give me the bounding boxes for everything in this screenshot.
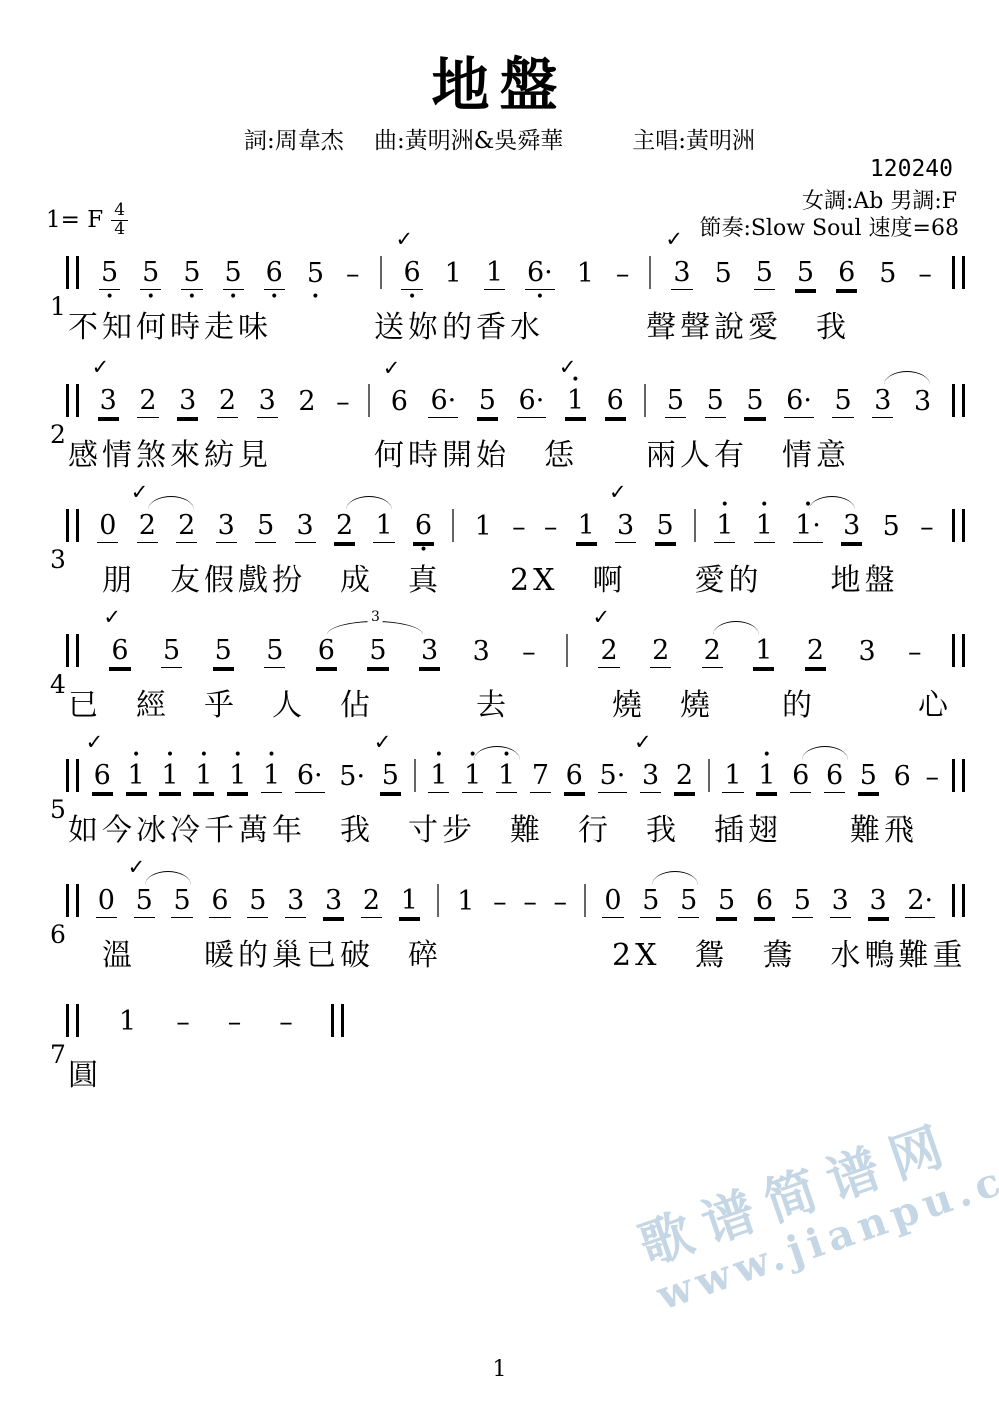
- notes-row: ✓6•1•1•1•1•16·5·✓5•1•1•1765·✓321•16656–: [66, 759, 965, 793]
- note-digit: 1: [714, 510, 735, 543]
- duration-dash: –: [544, 512, 558, 543]
- duration-dash: –: [512, 512, 526, 543]
- note-digit: 6: [413, 510, 434, 543]
- note-digit: 6: [389, 386, 410, 418]
- note: ✓3: [640, 760, 661, 793]
- octave-dot-below: •: [311, 290, 319, 304]
- barline: [380, 256, 382, 289]
- note: •1·: [793, 510, 823, 543]
- credits-line: 詞:周韋杰 曲:黃明洲&吳舜華 主唱:黃明洲: [0, 122, 999, 155]
- note-digit: 2: [176, 510, 197, 543]
- note: 3: [856, 636, 877, 668]
- octave-dot-above: •: [267, 748, 275, 762]
- note: 3: [830, 885, 851, 918]
- note-digit: 3: [471, 636, 492, 668]
- note: 5: [678, 885, 699, 918]
- octave-dot-below: •: [188, 290, 196, 304]
- octave-dot-below: •: [270, 290, 278, 304]
- note: •1: [126, 760, 147, 793]
- time-signature: 4 4: [111, 202, 128, 239]
- note: 6·: [295, 760, 325, 793]
- note: 5•: [181, 257, 202, 290]
- note-digit: 3: [841, 510, 862, 543]
- note: •1: [756, 760, 777, 793]
- note-digit: 1: [473, 511, 494, 543]
- note: •1: [227, 760, 248, 793]
- time-signature-denominator: 4: [114, 221, 125, 239]
- barline: [584, 884, 586, 917]
- key-signature: 1= F 4 4: [46, 202, 128, 239]
- note-digit: 3: [98, 385, 119, 418]
- note-digit: 2: [217, 385, 238, 418]
- line-number: 1: [50, 292, 66, 321]
- key-signature-text: 1= F: [46, 207, 103, 233]
- note-digit: 0: [96, 885, 117, 918]
- note: 1: [443, 258, 464, 290]
- notes-row: ✓655536533–✓222123–: [66, 634, 965, 668]
- note: 3: [177, 385, 198, 418]
- octave-dot-above: •: [760, 498, 768, 512]
- note: 5: [213, 635, 234, 668]
- note-digit: 3: [830, 885, 851, 918]
- note: 3: [295, 510, 316, 543]
- note-digit: 5: [754, 257, 775, 290]
- octave-dot-above: •: [502, 748, 510, 762]
- double-barline: [952, 509, 965, 542]
- note: 0: [97, 510, 118, 543]
- note-digit: 1: [753, 635, 774, 668]
- barline: [437, 884, 439, 917]
- note: 5: [795, 257, 816, 290]
- octave-dot-below: •: [229, 290, 237, 304]
- line-number: 5: [50, 795, 66, 824]
- note: 5•: [305, 258, 326, 290]
- note-digit: 5: [792, 885, 813, 918]
- duration-dash: –: [228, 1007, 242, 1038]
- note-digit: 2: [650, 635, 671, 668]
- notes-row: ✓323232–✓66·56·✓•165556·533: [66, 384, 965, 418]
- octave-dot-above: •: [435, 748, 443, 762]
- note: 2·: [905, 885, 935, 918]
- note: 1: [373, 510, 394, 543]
- note: ✓3: [615, 510, 636, 543]
- note: ✓6: [92, 760, 113, 793]
- note: 5: [655, 510, 676, 543]
- note-digit: 5: [877, 258, 898, 290]
- lyrics-row: 圓: [68, 1050, 965, 1094]
- note: 5: [247, 885, 268, 918]
- note-digit: 1: [484, 257, 505, 290]
- music-line: 15•5•5•5•6•5•–✓6•116·•1–✓355565–不知何時走味 送…: [52, 256, 965, 376]
- note-digit: 3: [615, 510, 636, 543]
- note: 1: [576, 510, 597, 543]
- note: 6•: [413, 510, 434, 543]
- note: 3: [216, 510, 237, 543]
- note: 6: [836, 257, 857, 290]
- note-digit: 1: [443, 258, 464, 290]
- note-digit: 5·: [598, 760, 628, 793]
- note-digit: 6: [209, 885, 230, 918]
- note-digit: 1: [575, 258, 596, 290]
- note-digit: 5: [134, 885, 155, 918]
- note: 1: [117, 1006, 138, 1038]
- line-number: 4: [50, 670, 66, 699]
- note-digit: 3: [257, 385, 278, 418]
- note-digit: 5: [140, 257, 161, 290]
- note-digit: 6: [401, 257, 422, 290]
- octave-dot-above: •: [234, 748, 242, 762]
- double-barline: [952, 759, 965, 792]
- checkmark-icon: ✓: [634, 730, 652, 754]
- note-digit: 6: [790, 760, 811, 793]
- checkmark-icon: ✓: [86, 730, 104, 754]
- note: 5•: [140, 257, 161, 290]
- note-digit: 3: [177, 385, 198, 418]
- note: 3: [912, 386, 933, 418]
- note: 5: [367, 635, 388, 668]
- note: 3: [471, 636, 492, 668]
- duration-dash: –: [279, 1007, 293, 1038]
- barline: [368, 384, 370, 417]
- lyrics-row: 感情煞來紡見 何時開始 恁 兩人有 情意: [68, 430, 965, 474]
- duration-dash: –: [908, 637, 922, 668]
- note-digit: 1: [455, 886, 476, 918]
- note-digit: 3: [216, 510, 237, 543]
- note-digit: 2: [137, 510, 158, 543]
- note-digit: 3: [912, 386, 933, 418]
- duration-dash: –: [176, 1007, 190, 1038]
- note: •1: [428, 760, 449, 793]
- note: 6: [824, 760, 845, 793]
- checkmark-icon: ✓: [383, 356, 401, 380]
- double-barline: [952, 634, 965, 667]
- barline: [414, 759, 416, 792]
- note: 6: [790, 760, 811, 793]
- duration-dash: –: [554, 887, 568, 918]
- note: •1: [754, 510, 775, 543]
- note: 7: [530, 760, 551, 793]
- note: 3: [323, 885, 344, 918]
- song-title: 地盤: [0, 38, 999, 122]
- note-digit: 1: [373, 510, 394, 543]
- note: 1: [722, 760, 743, 793]
- note-digit: 5: [264, 635, 285, 668]
- note: ✓3: [671, 257, 692, 290]
- music-line: 71–––圓: [52, 1004, 965, 1124]
- note: •1: [714, 510, 735, 543]
- note-digit: 3: [671, 257, 692, 290]
- watermark-site-url: www.jianpu.cn: [651, 1145, 999, 1320]
- music-line: 30✓22353216•1––1✓35•1•1•1·35– 朋 友假戲扮 成 真…: [52, 509, 965, 629]
- checkmark-icon: ✓: [374, 730, 392, 754]
- note-digit: 6: [264, 257, 285, 290]
- note: 5: [877, 258, 898, 290]
- note-digit: 6·: [428, 385, 458, 418]
- lyrics-row: 已 經 乎 人 佔 去 燒 燒 的 心: [68, 680, 965, 724]
- note: 2: [650, 635, 671, 668]
- barline: [649, 256, 651, 289]
- note-digit: 2: [598, 635, 619, 668]
- barline: [452, 509, 454, 542]
- line-number: 6: [50, 920, 66, 949]
- note: 1: [753, 635, 774, 668]
- barline: [694, 509, 696, 542]
- note-digit: 6: [836, 257, 857, 290]
- octave-dot-above: •: [166, 748, 174, 762]
- note: ✓2: [598, 635, 619, 668]
- checkmark-icon: ✓: [609, 480, 627, 504]
- note: 5: [744, 385, 765, 418]
- notes-row: 1–––: [66, 1004, 965, 1038]
- note-digit: 2: [137, 385, 158, 418]
- note: 6: [892, 761, 913, 793]
- note-digit: 5: [678, 885, 699, 918]
- note-digit: 1: [462, 760, 483, 793]
- note: 5: [881, 511, 902, 543]
- octave-dot-below: •: [147, 290, 155, 304]
- note: 5•: [223, 257, 244, 290]
- note-digit: 5: [881, 511, 902, 543]
- note: •1: [496, 760, 517, 793]
- lyrics-row: 不知何時走味 送妳的香水 聲聲說愛 我: [68, 302, 965, 346]
- note-digit: 6: [92, 760, 113, 793]
- note-digit: 6: [605, 385, 626, 418]
- note-digit: 6: [824, 760, 845, 793]
- line-number: 2: [50, 420, 66, 449]
- octave-dot-above: •: [763, 748, 771, 762]
- note: ✓2: [137, 510, 158, 543]
- note-digit: 2: [805, 635, 826, 668]
- note-digit: 3: [868, 885, 889, 918]
- note: •1: [261, 760, 282, 793]
- note-digit: 5: [247, 885, 268, 918]
- note-digit: 1: [193, 760, 214, 793]
- note: 0: [602, 885, 623, 918]
- note-digit: 3: [295, 510, 316, 543]
- note-digit: 0: [602, 885, 623, 918]
- double-barline: [66, 884, 79, 917]
- duration-dash: –: [616, 259, 630, 290]
- note-digit: 5: [477, 385, 498, 418]
- note: •1: [159, 760, 180, 793]
- octave-dot-above: •: [469, 748, 477, 762]
- note: 1: [575, 258, 596, 290]
- note-digit: 6·: [525, 257, 555, 290]
- checkmark-icon: ✓: [592, 605, 610, 629]
- note: 6•: [264, 257, 285, 290]
- duration-dash: –: [346, 259, 360, 290]
- note: ✓3: [98, 385, 119, 418]
- duration-dash: –: [523, 887, 537, 918]
- note-digit: 5: [795, 257, 816, 290]
- note-digit: 6·: [517, 385, 547, 418]
- note: 2: [176, 510, 197, 543]
- note-digit: 2: [296, 386, 317, 418]
- note: 6: [605, 385, 626, 418]
- note: 2: [702, 635, 723, 668]
- note-digit: 5: [99, 257, 120, 290]
- note-digit: 1: [117, 1006, 138, 1038]
- octave-dot-below: •: [419, 543, 427, 557]
- double-barline: [66, 256, 79, 289]
- note: 5: [792, 885, 813, 918]
- note: 2: [296, 386, 317, 418]
- note-digit: 5·: [337, 761, 367, 793]
- note: 1: [473, 511, 494, 543]
- note: ✓6•: [401, 257, 422, 290]
- note: 1: [484, 257, 505, 290]
- checkmark-icon: ✓: [103, 605, 121, 629]
- note: 5: [640, 885, 661, 918]
- note-digit: 5: [171, 885, 192, 918]
- note: 3: [285, 885, 306, 918]
- note: 3: [841, 510, 862, 543]
- notes-row: 0✓556533211–––055565332·: [66, 884, 965, 918]
- note-digit: 2·: [905, 885, 935, 918]
- octave-dot-above: •: [200, 748, 208, 762]
- note-digit: 5: [858, 760, 879, 793]
- octave-dot-above: •: [132, 748, 140, 762]
- double-barline: [66, 384, 79, 417]
- note-digit: 1: [159, 760, 180, 793]
- note-digit: 6: [892, 761, 913, 793]
- checkmark-icon: ✓: [131, 480, 149, 504]
- note: 2: [334, 510, 355, 543]
- note: 6: [209, 885, 230, 918]
- note: 5: [264, 635, 285, 668]
- note-digit: 5: [665, 385, 686, 418]
- note-digit: 6: [754, 885, 775, 918]
- note-digit: 5: [713, 258, 734, 290]
- octave-dot-above: •: [721, 498, 729, 512]
- checkmark-icon: ✓: [92, 355, 110, 379]
- duration-dash: –: [918, 259, 932, 290]
- note-digit: 7: [530, 760, 551, 793]
- note-digit: 1: [227, 760, 248, 793]
- notes-row: 0✓22353216•1––1✓35•1•1•1·35–: [66, 509, 965, 543]
- page-number: 1: [0, 1357, 999, 1382]
- note-digit: 5: [705, 385, 726, 418]
- double-barline: [331, 1004, 344, 1037]
- note-digit: 1·: [793, 510, 823, 543]
- octave-dot-above: •: [571, 373, 579, 387]
- sheet-music-page: 地盤 詞:周韋杰 曲:黃明洲&吳舜華 主唱:黃明洲 120240 女調:Ab 男…: [0, 0, 999, 1412]
- note: •1: [193, 760, 214, 793]
- barline: [644, 384, 646, 417]
- note: 3: [872, 385, 893, 418]
- double-barline: [952, 884, 965, 917]
- note-digit: 1: [261, 760, 282, 793]
- note-digit: 3: [640, 760, 661, 793]
- note: 6: [754, 885, 775, 918]
- note-digit: 6: [109, 635, 130, 668]
- note: 6·: [428, 385, 458, 418]
- octave-dot-below: •: [105, 290, 113, 304]
- note-digit: 1: [565, 385, 586, 418]
- note-digit: 3: [856, 636, 877, 668]
- checkmark-icon: ✓: [665, 227, 683, 251]
- barline: [566, 634, 568, 667]
- note-digit: 5: [832, 385, 853, 418]
- note-digit: 5: [305, 258, 326, 290]
- note: 3: [257, 385, 278, 418]
- note: 5: [255, 510, 276, 543]
- note: 5: [665, 385, 686, 418]
- note-digit: 3: [872, 385, 893, 418]
- double-barline: [66, 634, 79, 667]
- note-digit: 1: [428, 760, 449, 793]
- notes-row: 5•5•5•5•6•5•–✓6•116·•1–✓355565–: [66, 256, 965, 290]
- note: 6·•: [525, 257, 555, 290]
- note-digit: 0: [97, 510, 118, 543]
- note: 1: [455, 886, 476, 918]
- note: 6·: [784, 385, 814, 418]
- note-digit: 5: [181, 257, 202, 290]
- note: •1: [462, 760, 483, 793]
- music-line: 60✓556533211–––055565332· 溫 暖的巢已破 碎 2X 鴛…: [52, 884, 965, 1004]
- note: 5: [705, 385, 726, 418]
- note: 0: [96, 885, 117, 918]
- note: ✓5: [380, 760, 401, 793]
- note-digit: 3: [419, 635, 440, 668]
- note-digit: 1: [722, 760, 743, 793]
- note-digit: 2: [361, 885, 382, 918]
- note: 5: [858, 760, 879, 793]
- note: 2: [137, 385, 158, 418]
- note-digit: 5: [716, 885, 737, 918]
- triplet-number: 3: [368, 609, 383, 625]
- octave-dot-below: •: [536, 290, 544, 304]
- note-digit: 5: [367, 635, 388, 668]
- note: 1: [399, 885, 420, 918]
- note: 5: [754, 257, 775, 290]
- note-digit: 6: [316, 635, 337, 668]
- octave-dot-above: •: [804, 498, 812, 512]
- note-digit: 1: [576, 510, 597, 543]
- note-digit: 1: [496, 760, 517, 793]
- double-barline: [66, 759, 79, 792]
- note-digit: 6·: [784, 385, 814, 418]
- note-digit: 6·: [295, 760, 325, 793]
- music-line: 4✓655536533–✓222123–已 經 乎 人 佔 去 燒 燒 的 心: [52, 634, 965, 754]
- checkmark-icon: ✓: [128, 855, 146, 879]
- note-digit: 5: [255, 510, 276, 543]
- duration-dash: –: [926, 762, 940, 793]
- note-digit: 5: [213, 635, 234, 668]
- note: 5·: [598, 760, 628, 793]
- note: 2: [805, 635, 826, 668]
- note-digit: 1: [754, 510, 775, 543]
- note: 2: [217, 385, 238, 418]
- music-line: 2✓323232–✓66·56·✓•165556·533感情煞來紡見 何時開始 …: [52, 384, 965, 504]
- line-number: 7: [50, 1040, 66, 1069]
- note-digit: 5: [744, 385, 765, 418]
- note-digit: 2: [334, 510, 355, 543]
- double-barline: [952, 384, 965, 417]
- note: 6: [564, 760, 585, 793]
- lyrics-row: 溫 暖的巢已破 碎 2X 鴛 鴦 水鴨難重: [68, 930, 965, 974]
- note: 5: [477, 385, 498, 418]
- duration-dash: –: [920, 512, 934, 543]
- note-digit: 3: [285, 885, 306, 918]
- lyrics-row: 朋 友假戲扮 成 真 2X 啊 愛的 地盤: [68, 555, 965, 599]
- duration-dash: –: [493, 887, 507, 918]
- note-digit: 2: [674, 760, 695, 793]
- note-digit: 3: [323, 885, 344, 918]
- double-barline: [66, 1004, 79, 1037]
- note: 5·: [337, 761, 367, 793]
- note: 2: [361, 885, 382, 918]
